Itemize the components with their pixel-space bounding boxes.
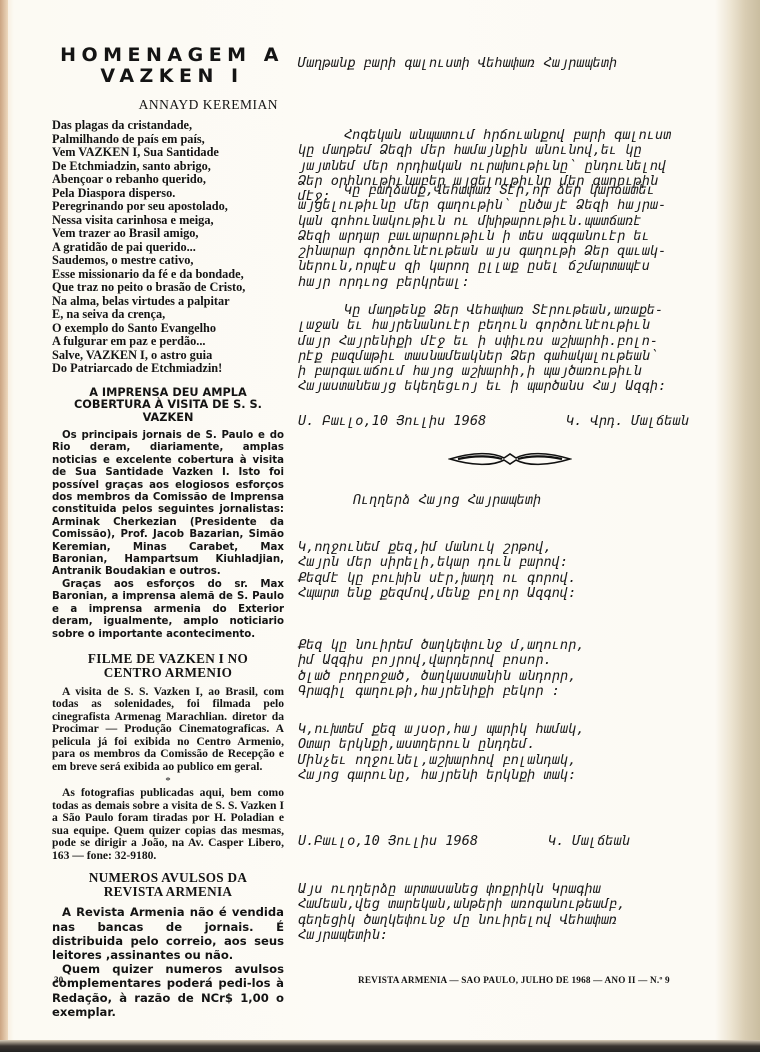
armenian-line: Հոգեկան անպատում հրճուանքով բարի գալուստ — [298, 128, 738, 143]
poem-line: Do Patriarcado de Etchmiadzin! — [52, 362, 284, 376]
title-line-2: VAZKEN I — [60, 66, 284, 87]
signature-2-date: Ս.Բաւլօ,10 Յուլիս 1968 — [298, 833, 478, 849]
film-section-title: FILME DE VAZKEN I NO CENTRO ARMENIO — [52, 652, 284, 680]
paragraph: Quem quizer numeros avulsos complementar… — [52, 962, 284, 1019]
poem-line: Vem VAZKEN I, Sua Santidade — [52, 146, 284, 160]
verse-line: Կ,ողջունեմ քեզ,իմ մանուկ շրթով, — [298, 540, 738, 555]
page-binding-edge — [0, 0, 8, 1052]
verse-line: Կ,ուխտեմ քեզ այսօր,հայ պարիկ համակ, — [298, 722, 738, 737]
armenian-line: կը մաղթեմ Ձեզի մեր համայնքին անունով,եւ … — [298, 143, 738, 158]
poem-line: Na alma, belas virtudes a palpitar — [52, 295, 284, 309]
poem-line: Das plagas da cristandade, — [52, 119, 284, 133]
signature-1-date: Ս. Բաւլօ,10 Յուլիս 1968 — [298, 413, 486, 429]
greeting-paragraph-3: Կը մաղթենք Ձեր Վեհափառ Տէրութեան,առաքե-լ… — [298, 303, 738, 395]
greeting-heading: Մաղթանք բարի գալուստի Վեհափառ Հայրապետի — [298, 55, 617, 71]
poem-line: De Etchmiadzin, santo abrigo, — [52, 160, 284, 174]
poem-line: O exemplo do Santo Evangelho — [52, 322, 284, 336]
verse-line: Հայրն մեր սիրելի,եկար դուն բարով: — [298, 555, 738, 570]
poem-stanza-2: Քեզ կը նուիրեմ ծաղկեփունջ մ,աղուոր,իմ Ազ… — [298, 638, 738, 699]
signature-1-name: Կ. Վրդ. Մալճեան — [566, 413, 689, 429]
verse-line: իմ Ազգիս բոյրով,վարդերով բոսոր. — [298, 653, 738, 668]
armenian-line: Հայրապետին: — [298, 928, 738, 943]
press-section-title: A IMPRENSA DEU AMPLA COBERTURA À VISITA … — [52, 387, 284, 425]
page-bottom-edge — [0, 1040, 760, 1052]
armenian-line: լաջան եւ հայրենանուէր բեղուն գործունէութ… — [298, 318, 738, 333]
closing-note: Այս ուղղերձը արտասանեց փոքրիկն ԿրագիաՀամ… — [298, 882, 738, 943]
paragraph: Graças aos esforços do sr. Max Baronian,… — [52, 579, 284, 641]
armenian-line: Ձեզի արդար բաւարարութիւն ի տես ազգանուէր… — [298, 229, 738, 244]
article-title: HOMENAGEM A VAZKEN I — [60, 45, 284, 87]
title-line-1: HOMENAGEM A — [60, 45, 284, 66]
armenian-line: Համեան,վեց տարեկան,անթերի առոգանութեամբ, — [298, 897, 738, 912]
armenian-line: մայր Հայրենիքի մէջ եւ ի սփիւռս աշխարհի.բ… — [298, 334, 738, 349]
signature-2: Ս.Բաւլօ,10 Յուլիս 1968 Կ. Մալճեան — [298, 833, 478, 849]
armenian-line: Կը մաղթենք Ձեր Վեհափառ Տէրութեան,առաքե- — [298, 303, 738, 318]
poem-line: E, na seiva da crença, — [52, 308, 284, 322]
armenian-line: յայտնեմ մեր որդիական ուրախութիւնը՝ ընդու… — [298, 159, 738, 174]
armenian-line: գեղեցիկ ծաղկեփունջ մը նուիրելով Վեհափառ — [298, 913, 738, 928]
poem-line: Nessa visita carinhosa e meiga, — [52, 214, 284, 228]
verse-line: Հպարտ ենք քեզմով,մենք բոլոր Ազգով: — [298, 586, 738, 601]
ornament-divider-icon — [448, 451, 572, 467]
photo-note: As fotografias publicadas aqui, bem como… — [52, 787, 284, 862]
film-section-body: A visita de S. S. Vazken I, ao Brasil, c… — [52, 686, 284, 774]
verse-line: Քեզ կը նուիրեմ ծաղկեփունջ մ,աղուոր, — [298, 638, 738, 653]
address-heading: Ուղղերձ Հայոց Հայրապետի — [353, 492, 541, 508]
greeting-paragraph-2: Կը բաղձանք,Վեհափառ Տէր,որ ձեր կարճատեւայ… — [298, 183, 738, 290]
armenian-line: այցելութիւնը մեր գաղութին՝ ընծայէ Ձեզի հ… — [298, 198, 738, 213]
left-column: HOMENAGEM A VAZKEN I ANNAYD KEREMIAN Das… — [52, 45, 284, 1019]
armenian-line: Կը բաղձանք,Վեհափառ Տէր,որ ձեր կարճատեւ — [298, 183, 738, 198]
numbers-section-title: NUMEROS AVULSOS DA REVISTA ARMENIA — [52, 871, 284, 899]
poem: Das plagas da cristandade,Palmilhando de… — [52, 119, 284, 376]
verse-line: ծլած բողբոջած, ծաղկաստանին անդորր, — [298, 669, 738, 684]
poem-stanza-1: Կ,ողջունեմ քեզ,իմ մանուկ շրթով,Հայրն մեր… — [298, 540, 738, 601]
paragraph: A Revista Armenia não é vendida nas banc… — [52, 905, 284, 962]
poem-line: Vem trazer ao Brasil amigo, — [52, 227, 284, 241]
paragraph: Os principais jornais de S. Paulo e do R… — [52, 430, 284, 579]
poem-line: A gratidão de pai querido... — [52, 241, 284, 255]
poem-line: Saudemos, o mestre cativo, — [52, 254, 284, 268]
poem-line: Abençoar o rebanho querido, — [52, 173, 284, 187]
armenian-line: րէք բազմաթիւ տասնամեակներ Ձեր գահակալութ… — [298, 349, 738, 364]
press-section-body: Os principais jornais de S. Paulo e do R… — [52, 430, 284, 641]
page-number: 30 — [54, 975, 63, 985]
armenian-line: Այս ուղղերձը արտասանեց փոքրիկն Կրագիա — [298, 882, 738, 897]
poem-line: Que traz no peito o brasão de Cristo, — [52, 281, 284, 295]
poem-stanza-3: Կ,ուխտեմ քեզ այսօր,հայ պարիկ համակ,Օտար … — [298, 722, 738, 783]
numbers-section-body: A Revista Armenia não é vendida nas banc… — [52, 905, 284, 1019]
signature-2-name: Կ. Մալճեան — [548, 833, 630, 849]
paragraph: A visita de S. S. Vazken I, ao Brasil, c… — [52, 686, 284, 774]
poem-line: Pela Diaspora disperso. — [52, 187, 284, 201]
poem-author: ANNAYD KEREMIAN — [52, 97, 284, 113]
poem-line: Peregrinando por seu apostolado, — [52, 200, 284, 214]
armenian-line: Հայաստանեայց եկեղեցւոյ եւ ի պարծանս Հայ … — [298, 379, 738, 394]
magazine-page: HOMENAGEM A VAZKEN I ANNAYD KEREMIAN Das… — [0, 0, 760, 1052]
running-title: REVISTA ARMENIA — SAO PAULO, JULHO DE 19… — [358, 975, 670, 985]
armenian-line: հայր որդւոց բերկրեալ: — [298, 275, 738, 290]
verse-line: Մինչեւ ողջունել,աշխարհով բոլանդակ, — [298, 753, 738, 768]
poem-line: Palmilhando de país em país, — [52, 133, 284, 147]
poem-line: Esse missionario da fé e da bondade, — [52, 268, 284, 282]
armenian-line: ի բարգաւաճում հայոց աշխարհի,ի պայծառութի… — [298, 364, 738, 379]
armenian-line: ներուն,որպէս զի կարող ըլլաք ըսել ճշմարտա… — [298, 259, 738, 274]
armenian-line: կան գոհունակութիւն ու մխիթարութիւն.պատճա… — [298, 214, 738, 229]
poem-line: A fulgurar em paz e perdão... — [52, 335, 284, 349]
verse-line: Քեզմէ կը բուխին սէր,խաղղ ու գորով. — [298, 571, 738, 586]
signature-1: Ս. Բաւլօ,10 Յուլիս 1968 Կ. Վրդ. Մալճեան — [298, 413, 486, 429]
armenian-line: շինարար գործունէութեան այս գաղութի Ձեր զ… — [298, 244, 738, 259]
verse-line: Գրագիլ գաղութի,հայրենիքի բեկոր : — [298, 684, 738, 699]
verse-line: Օտար երկնքի,աստղերուն ընդդեմ. — [298, 737, 738, 752]
verse-line: Հայոց գարունը, հայրենի երկնքի տակ: — [298, 768, 738, 783]
poem-line: Salve, VAZKEN I, o astro guia — [52, 349, 284, 363]
